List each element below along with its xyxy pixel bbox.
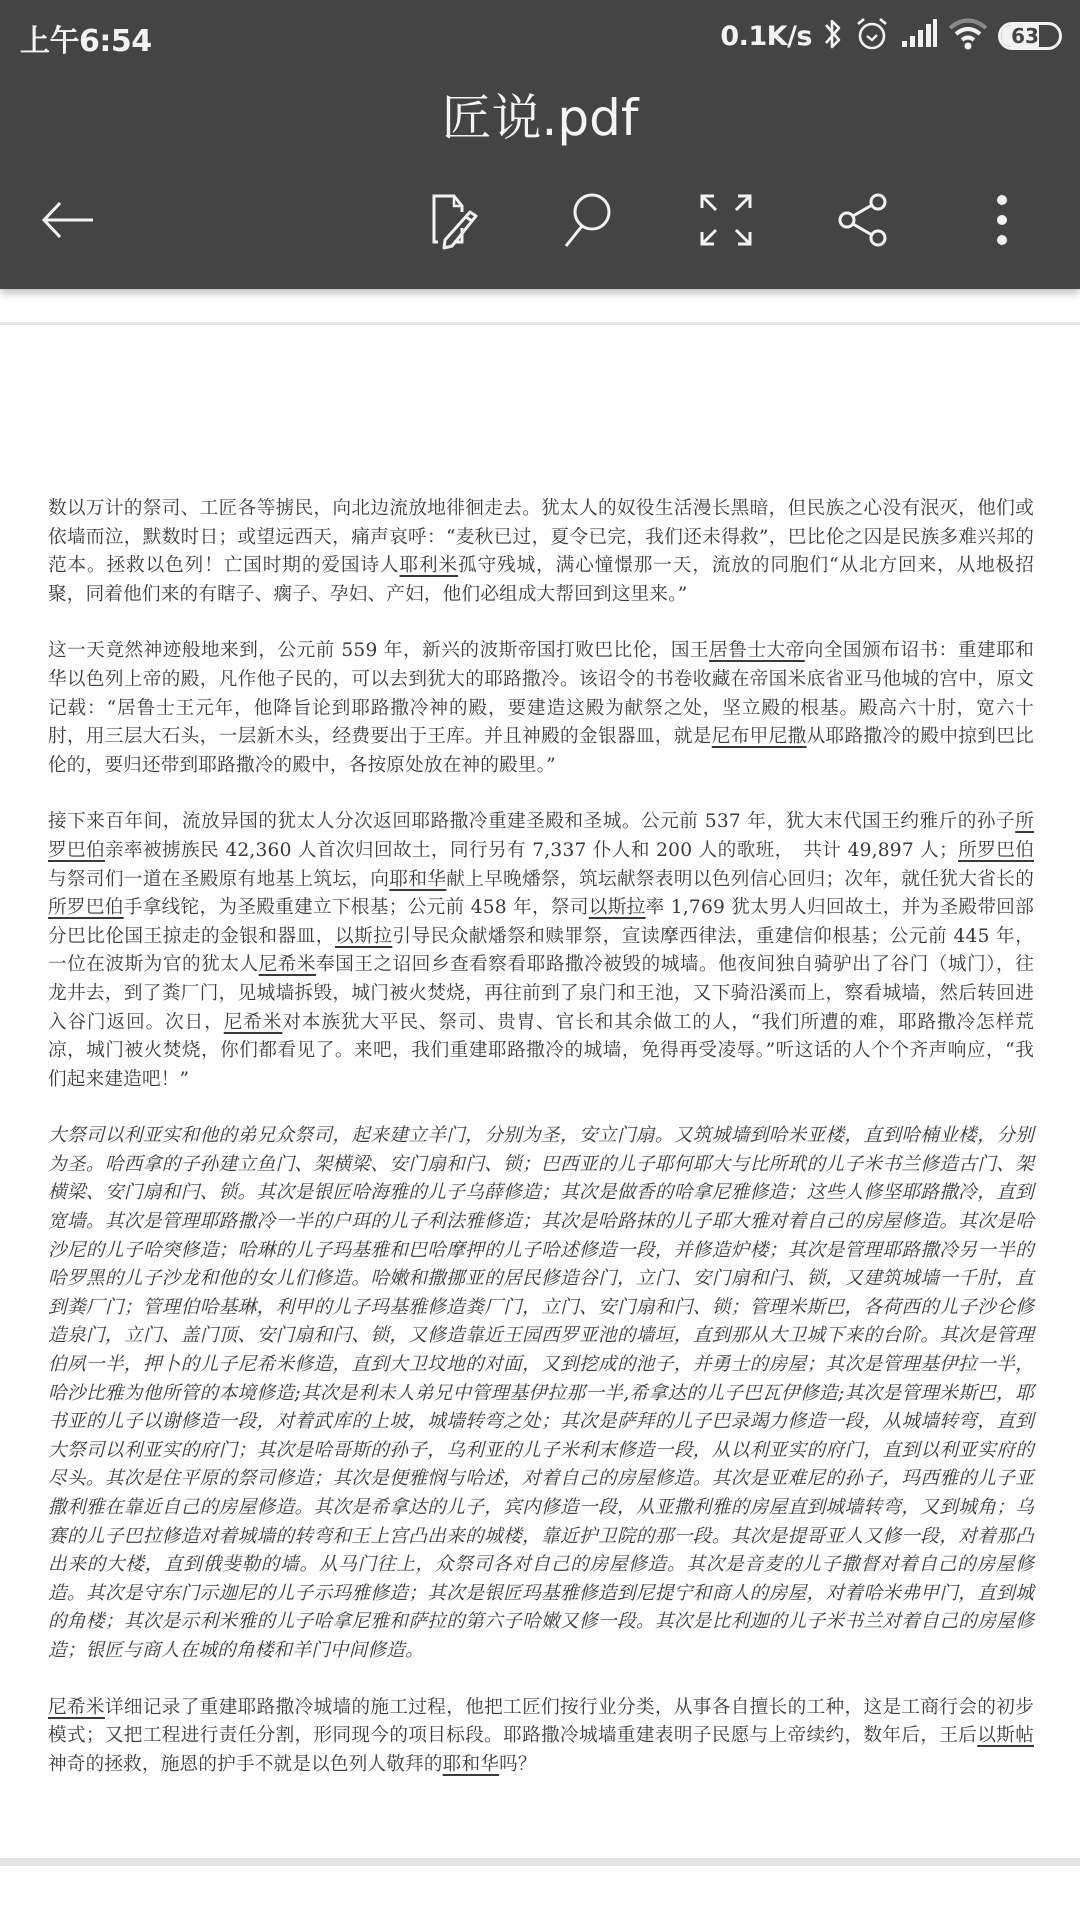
underlined-name: 尼希米	[48, 1697, 105, 1718]
document-title: 匠说.pdf	[0, 78, 1080, 150]
underlined-name: 所罗巴伯	[48, 897, 124, 918]
paragraph: 尼希米详细记录了重建耶路撒冷城墙的施工过程，他把工匠们按行业分类，从事各自擅长的…	[48, 1694, 1034, 1780]
battery-level: 63	[1011, 24, 1039, 48]
page-content: 数以万计的祭司、工匠各等掳民，向北边流放地徘徊走去。犹太人的奴役生活漫长黑暗，但…	[48, 495, 1034, 1807]
underlined-name: 尼希米	[259, 954, 316, 975]
edit-document-icon	[424, 190, 484, 250]
text-run: 与祭司们一道在圣殿原有地基上筑坛，向	[48, 869, 389, 890]
signal-icon	[900, 19, 938, 53]
more-vertical-icon	[972, 190, 1032, 250]
pdf-viewer[interactable]: 数以万计的祭司、工匠各等掳民，向北边流放地徘徊走去。犹太人的奴役生活漫长黑暗，但…	[0, 289, 1080, 1920]
text-run: 大祭司以利亚实和他的弟兄众祭司，起来建立羊门，分别为圣，安立门扇。又筑城墙到哈米…	[48, 1125, 1034, 1661]
annotate-button[interactable]	[414, 180, 494, 260]
search-button[interactable]	[548, 180, 628, 260]
wifi-icon	[948, 17, 988, 55]
network-speed: 0.1K/s	[720, 21, 812, 52]
back-button[interactable]	[28, 180, 108, 260]
status-icons: 0.1K/s 63	[720, 14, 1062, 58]
underlined-name: 居鲁士大帝	[709, 640, 805, 661]
underlined-name: 以斯拉	[335, 926, 392, 947]
underlined-name: 以斯拉	[589, 897, 646, 918]
underlined-name: 耶和华	[389, 869, 446, 890]
text-run: 接下来百年间，流放异国的犹太人分次返回耶路撒冷重建圣殿和圣城。公元前 537 年…	[48, 811, 1015, 832]
paragraph: 大祭司以利亚实和他的弟兄众祭司，起来建立羊门，分别为圣，安立门扇。又筑城墙到哈米…	[48, 1122, 1034, 1665]
text-run: 亲率被掳族民 42,360 人首次归回故土，同行另有 7,337 仆人和 200…	[105, 840, 958, 861]
status-bar: 上午6:54 0.1K/s 63	[0, 0, 1080, 72]
bluetooth-icon	[822, 16, 844, 56]
text-run: 这一天竟然神迹般地来到，公元前 559 年，新兴的波斯帝国打败巴比伦，国王	[48, 640, 709, 661]
share-button[interactable]	[823, 180, 903, 260]
underlined-name: 以斯帖	[977, 1725, 1034, 1746]
toolbar	[0, 180, 1080, 260]
text-run: 手拿线铊，为圣殿重建立下根基；公元前 458 年，祭司	[124, 897, 589, 918]
share-icon	[833, 190, 893, 250]
text-run: 详细记录了重建耶路撒冷城墙的施工过程，他把工匠们按行业分类，从事各自擅长的工种，…	[48, 1697, 1034, 1747]
expand-icon	[696, 190, 756, 250]
paragraph: 数以万计的祭司、工匠各等掳民，向北边流放地徘徊走去。犹太人的奴役生活漫长黑暗，但…	[48, 495, 1034, 609]
underlined-name: 尼希米	[224, 1012, 283, 1033]
app-bar: 上午6:54 0.1K/s 63 匠说.pdf	[0, 0, 1080, 289]
text-run: 神奇的拯救，施恩的护手不就是以色列人敬拜的	[48, 1754, 443, 1775]
paragraph: 接下来百年间，流放异国的犹太人分次返回耶路撒冷重建圣殿和圣城。公元前 537 年…	[48, 808, 1034, 1094]
alarm-icon	[854, 16, 890, 56]
underlined-name: 耶利米	[399, 555, 458, 576]
search-icon	[558, 190, 618, 250]
arrow-left-icon	[38, 190, 98, 250]
text-run: 献上早晚燔祭，筑坛献祭表明以色列信心回归；次年，就任犹大省长的	[446, 869, 1034, 890]
battery-icon: 63	[998, 22, 1062, 50]
page-separator-bottom	[0, 1858, 1080, 1866]
underlined-name: 耶和华	[443, 1754, 499, 1775]
status-time: 上午6:54	[20, 16, 152, 60]
more-button[interactable]	[962, 180, 1042, 260]
text-run: 吗？	[499, 1754, 537, 1775]
fullscreen-button[interactable]	[686, 180, 766, 260]
pdf-page[interactable]: 数以万计的祭司、工匠各等掳民，向北边流放地徘徊走去。犹太人的奴役生活漫长黑暗，但…	[0, 325, 1080, 1859]
paragraph: 这一天竟然神迹般地来到，公元前 559 年，新兴的波斯帝国打败巴比伦，国王居鲁士…	[48, 637, 1034, 780]
underlined-name: 所罗巴伯	[958, 840, 1034, 861]
underlined-name: 尼布甲尼撒	[712, 726, 807, 747]
